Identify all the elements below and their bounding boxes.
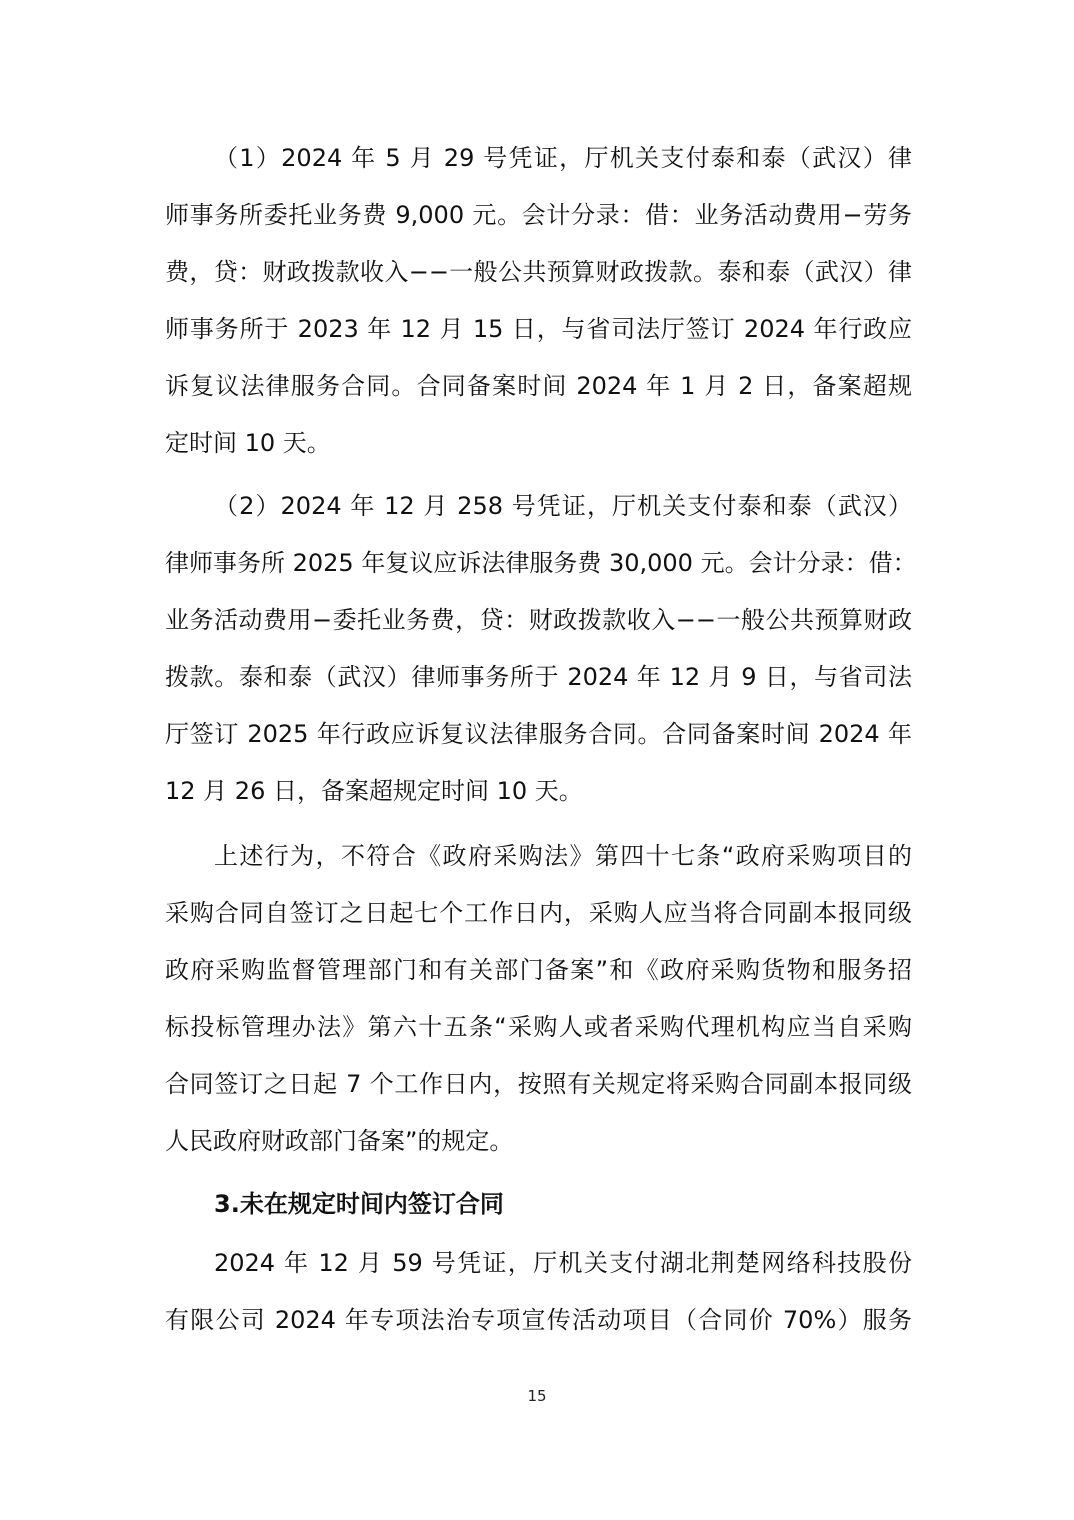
text-line: 律师事务所 2025 年复议应诉法律服务费 30,000 元。会计分录：借： [165,547,912,579]
text-line: 拨款。泰和泰（武汉）律师事务所于 2024 年 12 月 9 日，与省司法 [165,661,912,693]
text-line: 诉复议法律服务合同。合同备案时间 2024 年 1 月 2 日，备案超规 [165,370,912,402]
text-line: 合同签订之日起 7 个工作日内，按照有关规定将采购合同副本报同级 [165,1068,912,1100]
text-line: 厅签订 2025 年行政应诉复议法律服务合同。合同备案时间 2024 年 [165,718,912,750]
text-line: 2024 年 12 月 59 号凭证，厅机关支付湖北荆楚网络科技股份 [214,1247,912,1279]
text-line: 上述行为，不符合《政府采购法》第四十七条“政府采购项目的 [214,840,912,872]
text-line: 定时间 10 天。 [165,427,912,459]
document-page: （1）2024 年 5 月 29 号凭证，厅机关支付泰和泰（武汉）律 师事务所委… [0,0,1074,1520]
text-line: 费，贷：财政拨款收入−−一般公共预算财政拨款。泰和泰（武汉）律 [165,256,912,288]
text-line: 有限公司 2024 年专项法治专项宣传活动项目（合同价 70%）服务 [165,1304,912,1336]
text-line: 采购合同自签订之日起七个工作日内，采购人应当将合同副本报同级 [165,897,912,929]
text-line: （2）2024 年 12 月 258 号凭证，厅机关支付泰和泰（武汉） [214,490,912,522]
text-line: 人民政府财政部门备案”的规定。 [165,1125,912,1157]
text-line: （1）2024 年 5 月 29 号凭证，厅机关支付泰和泰（武汉）律 [214,142,912,174]
text-line: 师事务所于 2023 年 12 月 15 日，与省司法厅签订 2024 年行政应 [165,313,912,345]
text-line: 政府采购监督管理部门和有关部门备案”和《政府采购货物和服务招 [165,954,912,986]
text-line: 师事务所委托业务费 9,000 元。会计分录：借：业务活动费用−劳务 [165,199,912,231]
page-number: 15 [0,1386,1074,1406]
section-heading: 3.未在规定时间内签订合同 [214,1188,912,1220]
text-line: 12 月 26 日，备案超规定时间 10 天。 [165,775,912,807]
text-line: 标投标管理办法》第六十五条“采购人或者采购代理机构应当自采购 [165,1011,912,1043]
text-line: 业务活动费用−委托业务费，贷：财政拨款收入−−一般公共预算财政 [165,604,912,636]
